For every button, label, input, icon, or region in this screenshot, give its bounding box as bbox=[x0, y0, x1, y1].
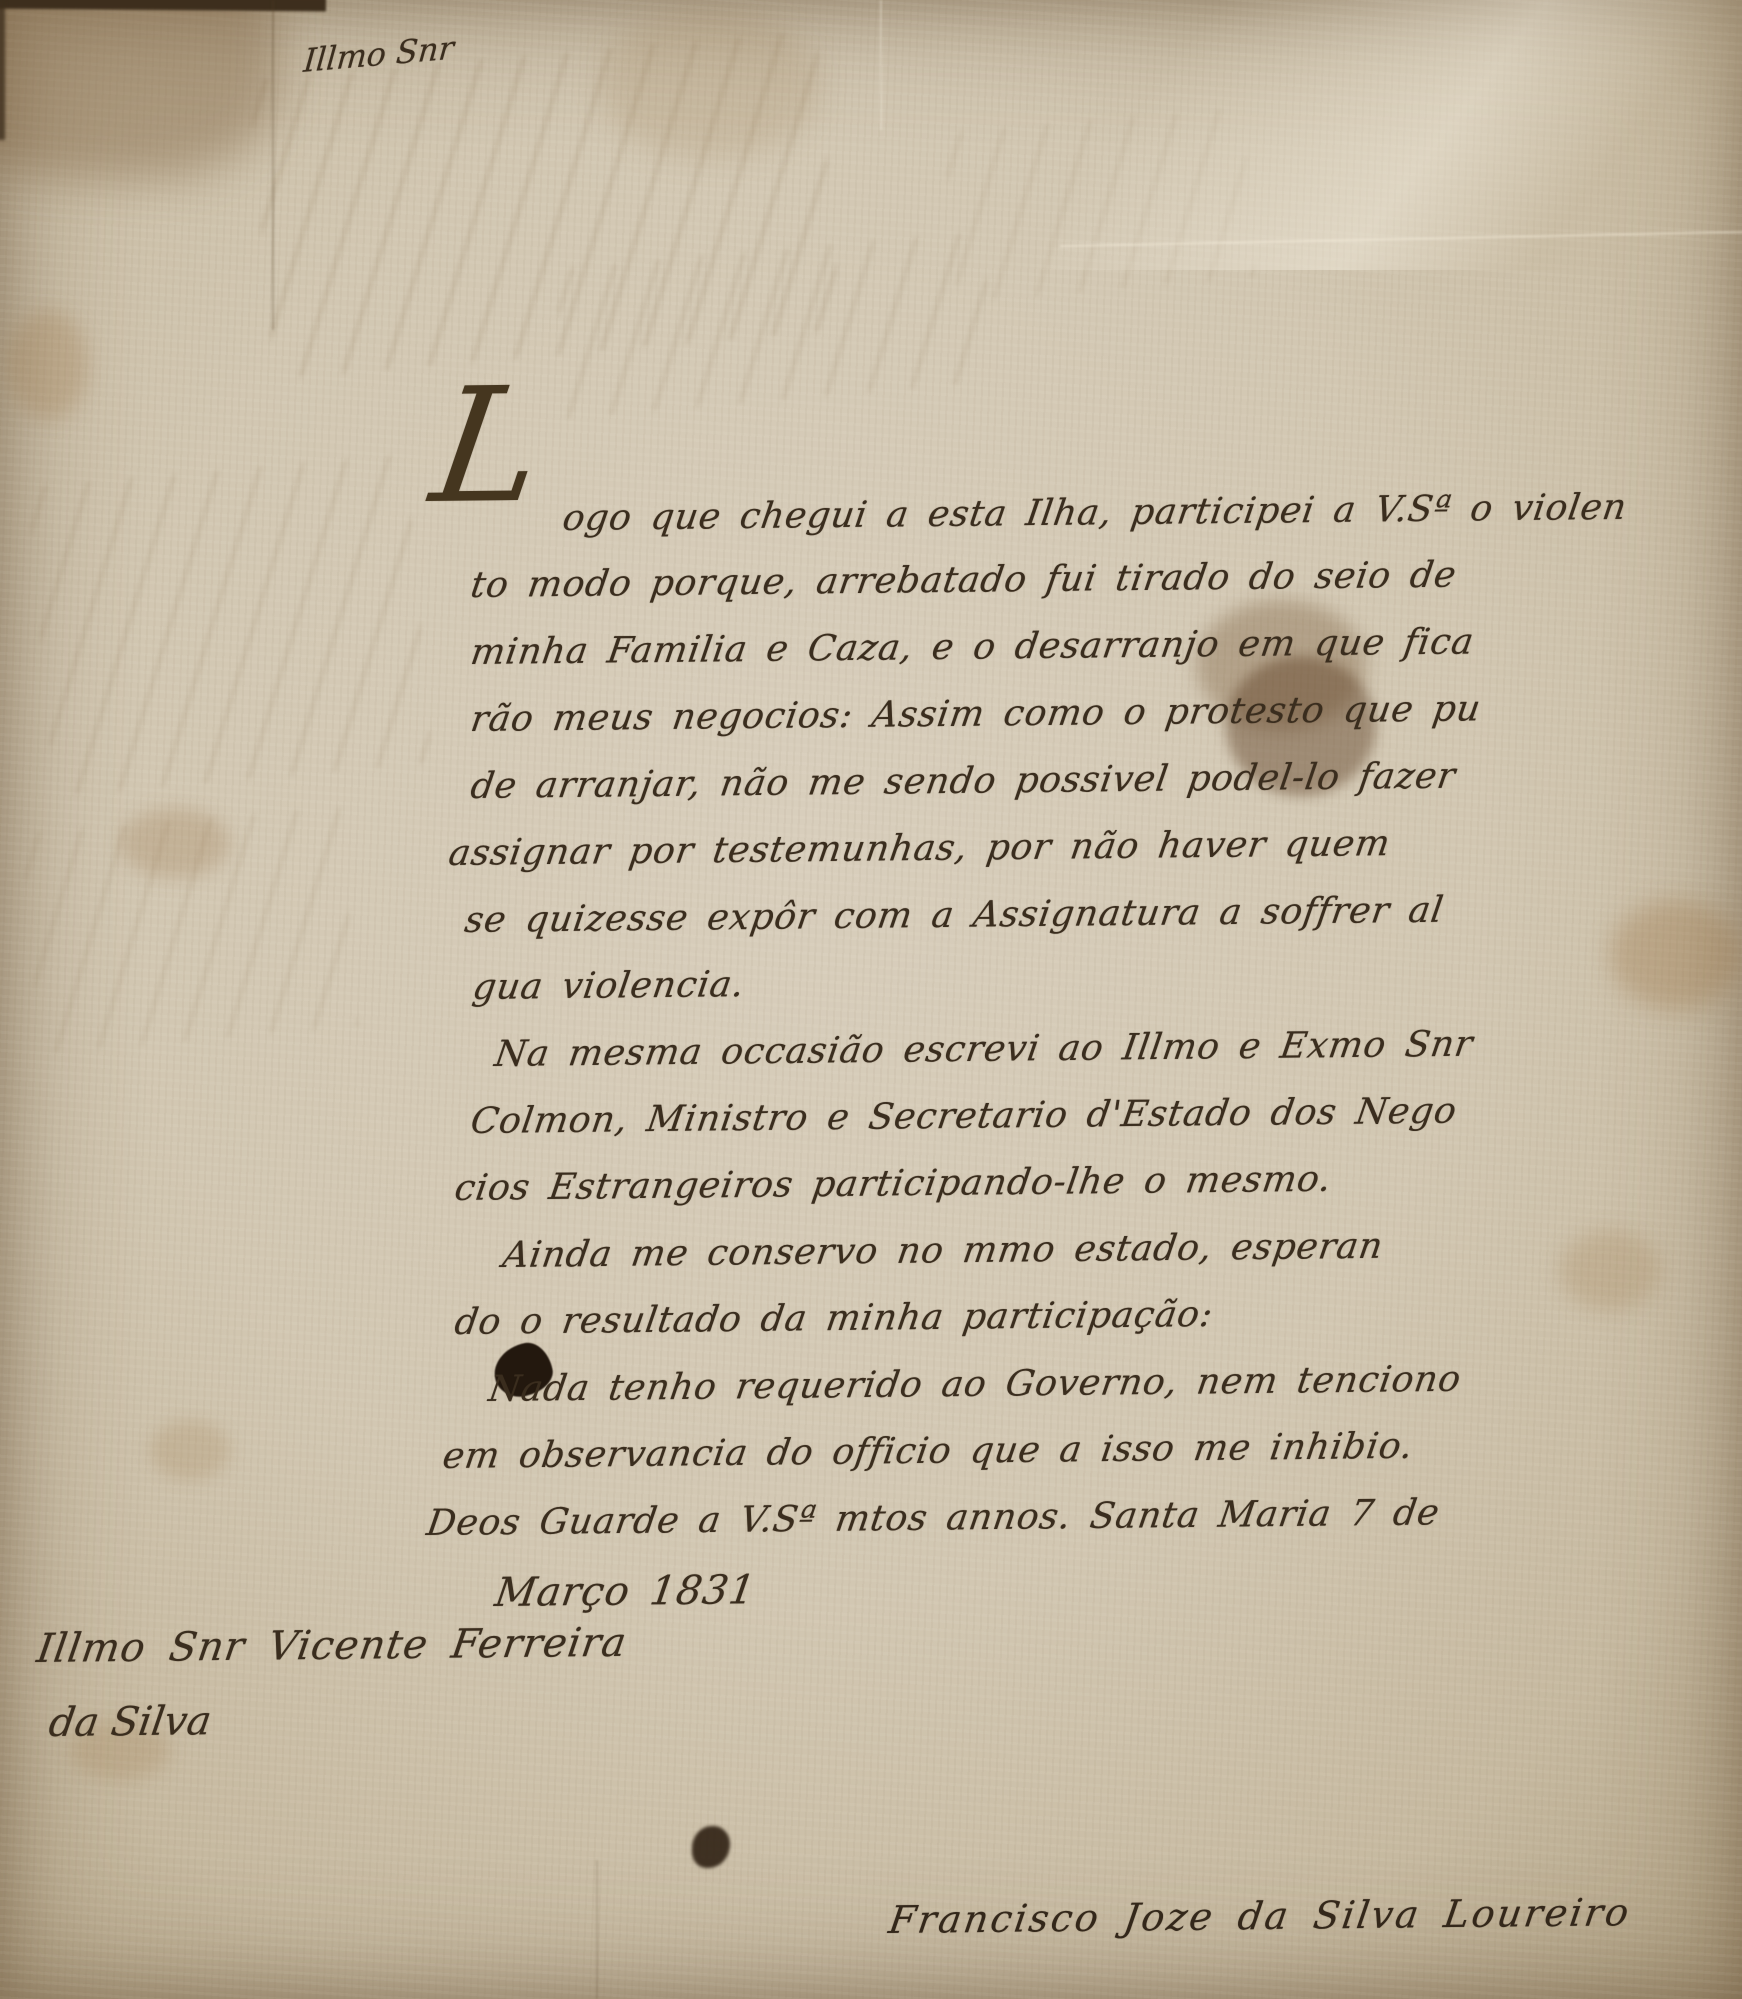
letter-line: Ainda me conservo no mmo estado, esperan bbox=[500, 1226, 1386, 1276]
stain bbox=[1560, 1230, 1660, 1310]
letter-line: Colmon, Ministro e Secretario d'Estado d… bbox=[468, 1091, 1460, 1142]
letter-line: ogo que chegui a esta Ilha, participei a… bbox=[560, 487, 1630, 539]
crease bbox=[880, 0, 882, 130]
bleed-through-ghost bbox=[943, 107, 1257, 302]
stain bbox=[0, 0, 280, 180]
letter-line: Deos Guarde a V.Sª mtos annos. Santa Mar… bbox=[424, 1492, 1442, 1544]
letter-line: se quizesse expôr com a Assignatura a so… bbox=[462, 890, 1446, 941]
date-line: Março 1831 bbox=[492, 1567, 759, 1616]
crease bbox=[272, 0, 274, 330]
salutation-header: Illmo Snr bbox=[302, 28, 456, 80]
stain bbox=[8, 310, 88, 420]
manuscript-page: Illmo Snr L ogo que chegui a esta Ilha, … bbox=[0, 0, 1742, 1999]
letter-line: gua violencia. bbox=[470, 964, 748, 1008]
stain bbox=[150, 1420, 230, 1480]
addressee-line: da Silva bbox=[46, 1698, 214, 1746]
bleed-through-ghost bbox=[554, 232, 995, 419]
crease bbox=[1060, 231, 1742, 247]
letter-line: assignar por testemunhas, por não haver … bbox=[446, 823, 1393, 874]
bleed-through-ghost bbox=[21, 806, 359, 1053]
letter-line: Na mesma occasião escrevi ao Illmo e Exm… bbox=[492, 1024, 1476, 1075]
letter-line: Nada tenho requerido ao Governo, nem ten… bbox=[486, 1359, 1464, 1410]
crease bbox=[596, 1860, 598, 1999]
letter-line: to modo porque, arrebatado fui tirado do… bbox=[468, 555, 1459, 606]
ink-spot bbox=[692, 1826, 730, 1868]
letter-line: cios Estrangeiros participando-lhe o mes… bbox=[452, 1159, 1334, 1209]
addressee-line: Illmo Snr Vicente Ferreira bbox=[34, 1620, 630, 1672]
letter-line: rão meus negocios: Assim como o protesto… bbox=[468, 688, 1484, 740]
letter-line: de arranjar, não me sendo possivel podel… bbox=[468, 756, 1459, 807]
letter-line: do o resultado da minha participação: bbox=[452, 1294, 1216, 1343]
bleed-through-ghost bbox=[248, 31, 842, 380]
stain bbox=[120, 808, 230, 878]
letter-line: em observancia do officio que a isso me … bbox=[440, 1426, 1416, 1477]
stain bbox=[1610, 900, 1740, 1010]
corner-fold-highlight bbox=[1040, 0, 1742, 270]
page-edge-shadow bbox=[0, 0, 326, 11]
page-edge-shadow bbox=[0, 0, 5, 140]
signature: Francisco Joze da Silva Loureiro bbox=[886, 1890, 1634, 1942]
letter-line: minha Familia e Caza, e o desarranjo em … bbox=[468, 621, 1477, 673]
stain bbox=[600, 10, 820, 160]
paper-texture bbox=[0, 0, 1742, 1999]
drop-cap-initial: L bbox=[424, 367, 552, 526]
bleed-through-ghost bbox=[27, 454, 433, 796]
